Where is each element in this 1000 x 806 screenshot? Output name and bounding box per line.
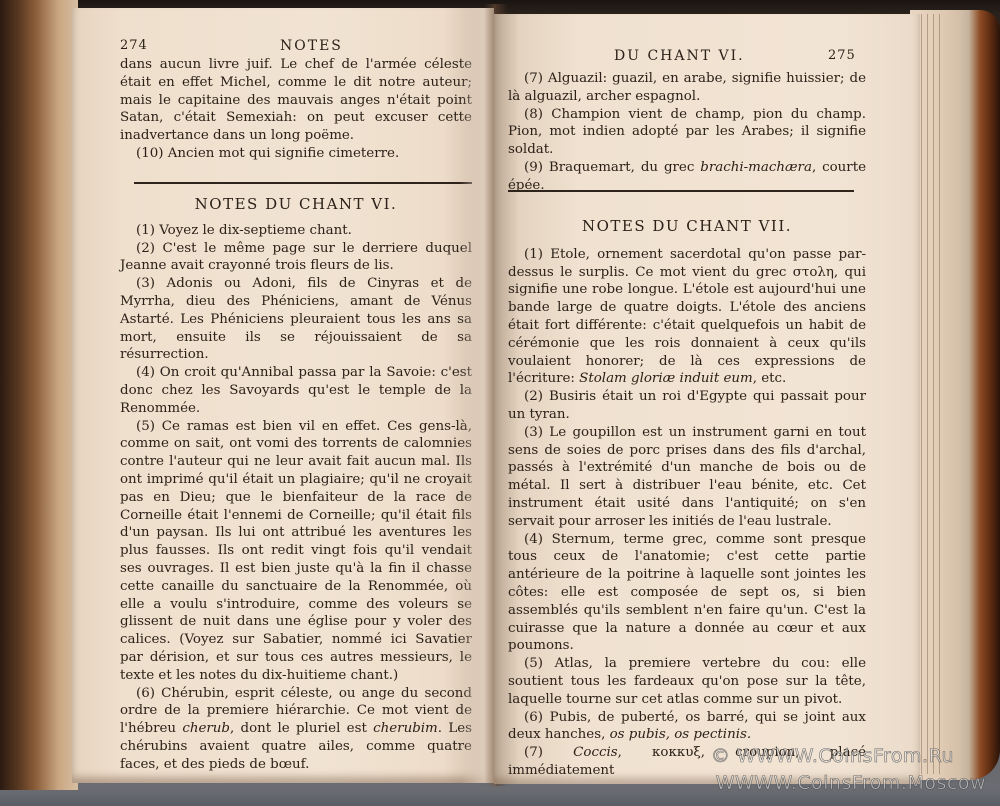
note-7-chant-vi: (7) Alguazil: guazil, en arabe, signifie… [508, 70, 866, 106]
italic-cherub: cherub [182, 721, 230, 736]
note-1: (1) Etole, ornement sacerdotal qu'on pas… [508, 246, 866, 388]
note-6: (6) Pubis, de puberté, os barré, qui se … [508, 709, 866, 745]
note-4: (4) Sternum, terme grec, comme sont pres… [508, 531, 866, 656]
section-title-chant-vi: NOTES DU CHANT VI. [120, 196, 472, 214]
note-2: (2) Busiris était un roi d'Egypte qui pa… [508, 388, 866, 424]
book-cover-left-edge [0, 0, 78, 790]
left-page: 274 NOTES dans aucun livre juif. Le chef… [72, 8, 494, 783]
right-continuation: (7) Alguazil: guazil, en arabe, signifie… [508, 70, 866, 195]
right-page: DU CHANT VI. 275 (7) Alguazil: guazil, e… [494, 14, 920, 784]
note-4: (4) On croit qu'Annibal passa par la Sav… [120, 364, 472, 417]
page-number-left: 274 [120, 38, 148, 53]
note-8-chant-vi: (8) Champion vient de champ, pion du cha… [508, 106, 866, 159]
note-5: (5) Atlas, la premiere vertebre du cou: … [508, 655, 866, 708]
left-notes-chant-vi: NOTES DU CHANT VI. (1) Voyez le dix-sept… [120, 196, 472, 774]
section-title-chant-vii: NOTES DU CHANT VII. [508, 218, 866, 236]
right-notes-chant-vii: NOTES DU CHANT VII. (1) Etole, ornement … [508, 218, 866, 780]
note-1: (1) Voyez le dix-septieme chant. [120, 222, 472, 240]
note-6: (6) Chérubin, esprit céleste, ou ange du… [120, 685, 472, 774]
section-rule [134, 182, 472, 184]
page-stack-edges [918, 14, 942, 774]
watermark-line-1: © WWWW.CoinsFrom.Ru [711, 745, 954, 767]
section-rule [508, 190, 854, 192]
book-photo: 274 NOTES dans aucun livre juif. Le chef… [0, 0, 1000, 806]
note-3: (3) Adonis ou Adoni, fils de Cinyras et … [120, 275, 472, 364]
watermark-line-2: WWWW.CoinsFrom.Moscow [716, 772, 986, 794]
note-3: (3) Le goupillon est un instrument garni… [508, 424, 866, 531]
italic-cherubim: cherubim [373, 721, 438, 736]
left-continuation: dans aucun livre juif. Le chef de l'armé… [120, 56, 472, 163]
note-10: (10) Ancien mot qui signifie cimeterre. [120, 145, 472, 163]
running-head-left: NOTES [280, 38, 343, 54]
page-number-right: 275 [828, 48, 856, 63]
running-head-right: DU CHANT VI. [614, 48, 745, 64]
note-5: (5) Ce ramas est bien vil en effet. Ces … [120, 418, 472, 685]
note-2: (2) C'est le même page sur le derriere d… [120, 240, 472, 276]
note-continuation: dans aucun livre juif. Le chef de l'armé… [120, 56, 472, 145]
